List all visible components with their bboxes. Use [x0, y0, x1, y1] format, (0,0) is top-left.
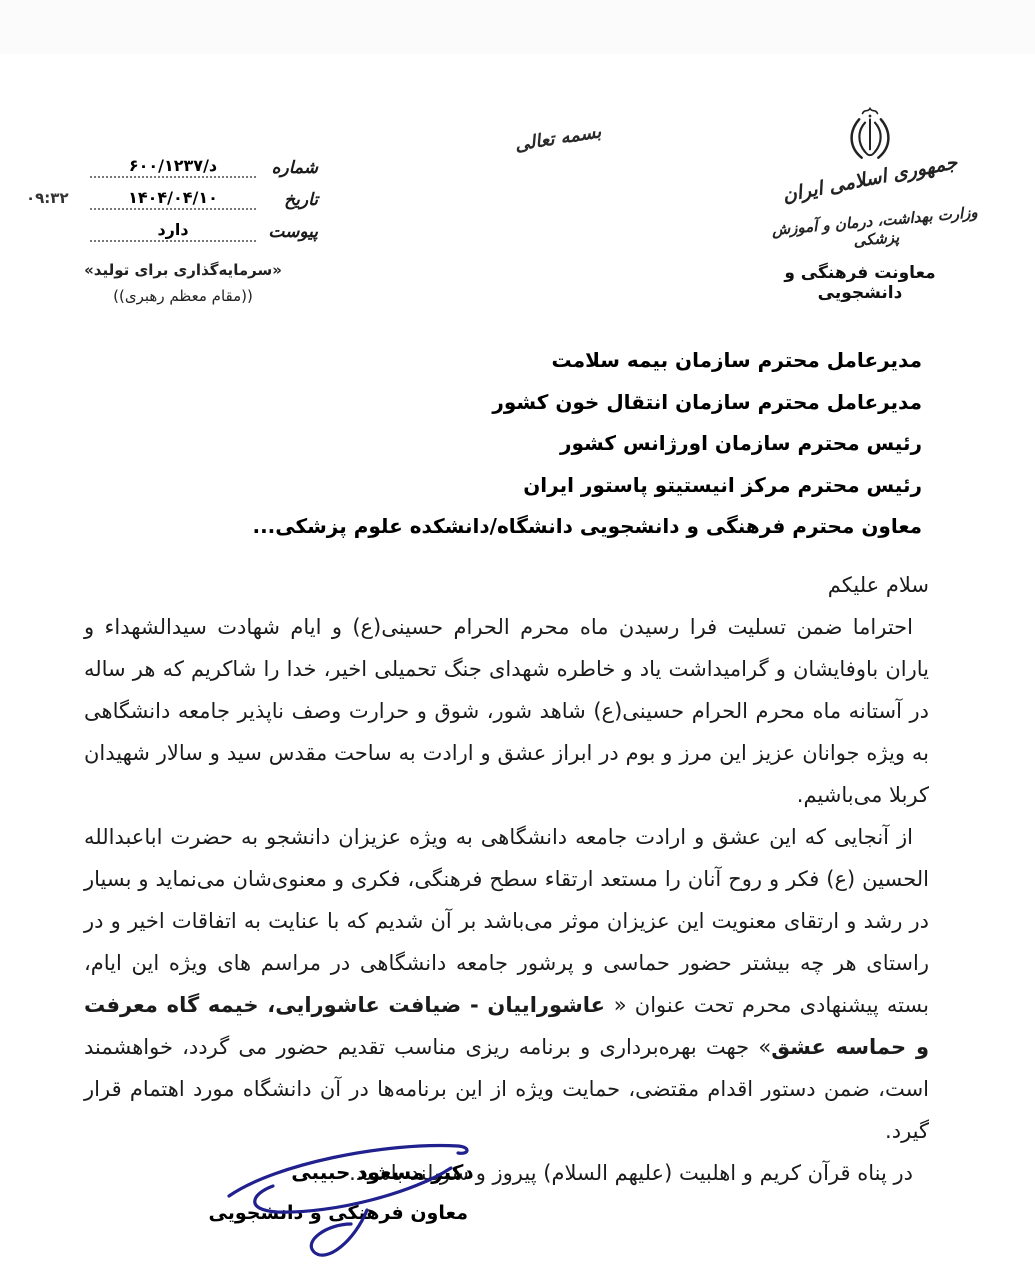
recipient-line-5: معاون محترم فرهنگی و دانشجویی دانشگاه/دا… — [252, 506, 922, 548]
meta-row-date: تاریخ ۱۴۰۴/۰۴/۱۰ — [90, 178, 318, 210]
attachment-dotted-line: دارد — [90, 220, 256, 242]
recipient-line-2: مدیرعامل محترم سازمان انتقال خون کشور — [252, 382, 922, 424]
letter-body: سلام علیکم احتراما ضمن تسلیت فرا رسیدن م… — [84, 564, 929, 1194]
date-dotted-line: ۱۴۰۴/۰۴/۱۰ — [90, 188, 256, 210]
slogan-quote: «سرمایه‌گذاری برای تولید» — [52, 257, 314, 283]
meta-row-number: شماره د/۶۰۰/۱۲۳۷ — [90, 146, 318, 178]
paragraph-2-text: از آنجایی که این عشق و ارادت جامعه دانشگ… — [84, 825, 929, 1017]
letter-date-value: ۱۴۰۴/۰۴/۱۰ — [128, 188, 218, 207]
paragraph-2: از آنجایی که این عشق و ارادت جامعه دانشگ… — [84, 816, 929, 1152]
attachment-label: پیوست — [260, 222, 318, 242]
date-label: تاریخ — [260, 190, 318, 210]
number-dotted-line: د/۶۰۰/۱۲۳۷ — [90, 156, 256, 178]
slogan-attribution: ((مقام معظم رهبری)) — [52, 283, 314, 309]
recipient-line-4: رئیس محترم مرکز انیستیتو پاستور ایران — [252, 465, 922, 507]
letter-number-value: د/۶۰۰/۱۲۳۷ — [129, 156, 217, 175]
besmele-text: بسمه تعالی — [482, 116, 633, 160]
paragraph-1: احتراما ضمن تسلیت فرا رسیدن ماه محرم الح… — [84, 606, 929, 816]
recipients-list: مدیرعامل محترم سازمان بیمه سلامت مدیرعام… — [252, 340, 922, 548]
signature-ink — [215, 1122, 515, 1272]
salutation: سلام علیکم — [84, 564, 929, 606]
scan-top-band — [0, 0, 1035, 54]
signature-block: دکتر مسعود حبیبی معاون فرهنگی و دانشجویی — [215, 1122, 515, 1272]
recipient-line-1: مدیرعامل محترم سازمان بیمه سلامت — [252, 340, 922, 382]
letter-meta-block: شماره د/۶۰۰/۱۲۳۷ تاریخ ۱۴۰۴/۰۴/۱۰ پیوست … — [90, 146, 318, 242]
number-label: شماره — [260, 158, 318, 178]
print-time: ۰۹:۳۲ — [26, 189, 69, 207]
ministry-calligraphy: وزارت بهداشت، درمان و آموزش پزشکی — [747, 201, 1004, 259]
attachment-value: دارد — [157, 220, 188, 239]
signatory-name: دکتر مسعود حبیبی — [265, 1160, 500, 1184]
signatory-title: معاون فرهنگی و دانشجویی — [223, 1202, 468, 1224]
iran-emblem-icon — [845, 106, 895, 166]
meta-row-attachment: پیوست دارد — [90, 210, 318, 242]
department-title: معاونت فرهنگی و دانشجویی — [740, 263, 980, 303]
official-letter-page: بسمه تعالی جمهوری اسلامی ایران وزارت بهد… — [0, 0, 1035, 1280]
slogan-block: «سرمایه‌گذاری برای تولید» ((مقام معظم ره… — [52, 257, 314, 309]
recipient-line-3: رئیس محترم سازمان اورژانس کشور — [252, 423, 922, 465]
